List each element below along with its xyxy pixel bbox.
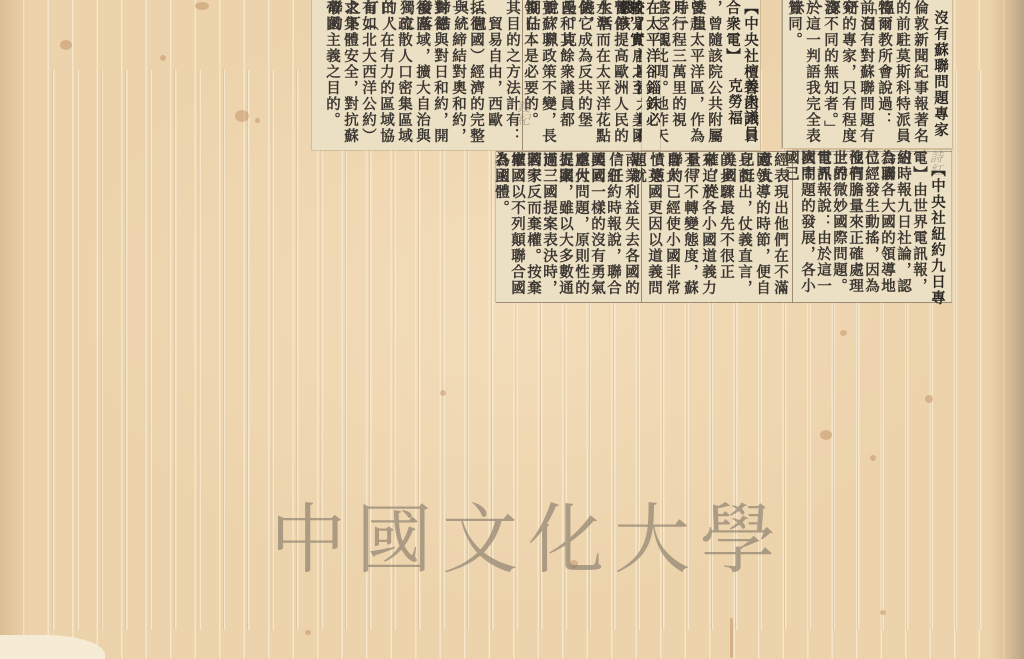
stain: [235, 110, 249, 122]
handwritten-note: 錢紀: [512, 100, 531, 126]
handwritten-note: 詩紅: [925, 150, 944, 176]
clip-column: 國問題的發展，各小國已: [783, 150, 815, 302]
clip-column: 領日本是必要的。: [522, 0, 538, 150]
clipping-bottom-left: 南業利益失去各國的信任 。紐約時報說，聯合國同 美國一樣的沒有勇氣應付 重大問題…: [496, 152, 641, 302]
clip-column: 倫敦新聞紀事報著名: [912, 0, 928, 148]
stain: [195, 2, 209, 10]
row-divider: [496, 151, 952, 152]
stain: [870, 455, 876, 461]
clip-column: 贊同。: [786, 0, 802, 148]
stain: [60, 40, 72, 50]
stain: [925, 395, 933, 403]
clip-headline: 【中央社紐約九日專: [929, 162, 945, 314]
row-divider: [496, 302, 952, 303]
stain: [820, 430, 832, 440]
clipping-dispatch: 【中央社檀香山六日 美衆議員克勞福 合衆電】 ，曾隨該院公共附屬委員 曾赴太平洋…: [648, 0, 760, 150]
clip-headline: 沒有蘇聯問題專家: [932, 10, 948, 158]
stain: [305, 630, 311, 635]
stain: [840, 330, 847, 336]
university-watermark: 中國文化大學: [270, 490, 786, 590]
clip-column: ，英國更因以道義問題就: [630, 152, 662, 302]
stain: [880, 610, 886, 615]
clipping-left: 其目的之方法計有： 貿易自由，西歐（包 括德國）經濟的完整與統 一，締結對奧和約…: [312, 0, 522, 150]
clip-column: 在太平洋卻錙銖必較，實: [628, 0, 660, 150]
stain: [440, 390, 446, 396]
clip-column: 其目的之方法計有：: [504, 0, 520, 150]
stain: [730, 618, 733, 658]
stain: [160, 55, 166, 61]
stain: [255, 118, 260, 123]
clipping-dispatch-last-column: 在太平洋卻錙銖必較，實: [642, 0, 660, 150]
clipping-bottom-middle: 經表現出他們在不滿意大 國領導的時節，便自已挺 身而出，仗義直言，美國 的步驟最…: [642, 152, 792, 302]
clip-column: 合衆電】: [724, 0, 740, 150]
clip-column: 為主體。: [493, 152, 509, 302]
column-divider: [782, 0, 783, 148]
clipping-right-top: 沒有蘇聯問題專家 倫敦新聞紀事報著名 的前駐莫斯科特派員溫 特爾教所會說過：「目…: [782, 0, 952, 148]
clip-column: 帝國主義之目的。: [324, 0, 340, 150]
